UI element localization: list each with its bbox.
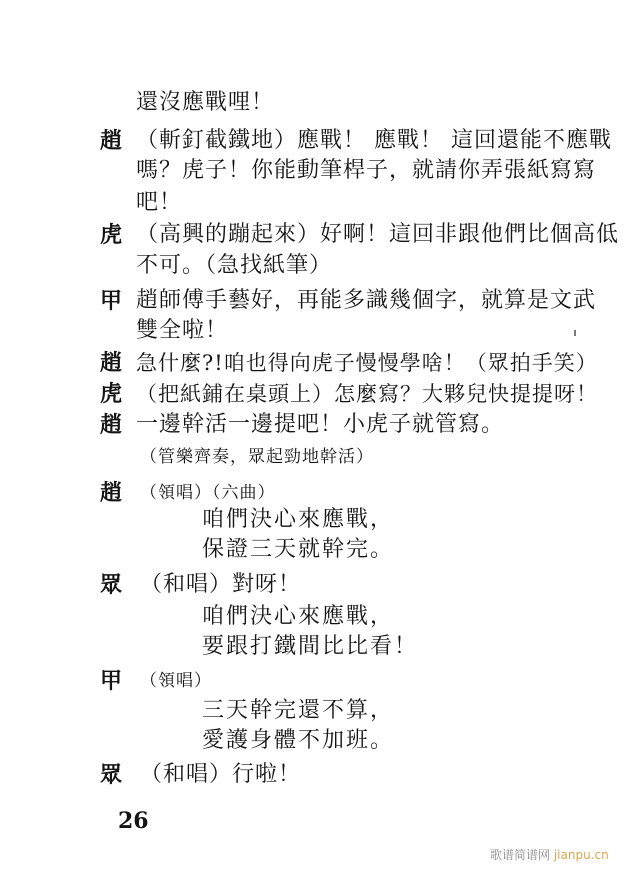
speaker-label: 虎 (100, 381, 122, 407)
watermark-cn: 歌谱简谱网 (490, 848, 550, 862)
speaker-label: 眾 (100, 572, 122, 598)
dialogue-line: 急什麼?!咱也得向虎子慢慢學啥！（眾拍手笑） (136, 350, 598, 376)
dialogue-line: 吧！ (136, 190, 182, 216)
dialogue-line: 雙全啦！ (136, 318, 228, 344)
speaker-label: 虎 (100, 222, 122, 248)
speaker-label: 趙 (100, 128, 122, 154)
stage-direction: （管樂齊奏，眾起勁地幹活） (140, 444, 374, 470)
dialogue-line: 不可。（急找紙筆） (136, 253, 332, 279)
scan-speck (574, 330, 576, 336)
dialogue-line: （把紙鋪在桌頭上）怎麼寫？大夥兒快提提呀！ (136, 381, 598, 407)
lyric-line: 保證三天就幹完。 (202, 537, 394, 563)
stage-direction: （領唱） (140, 668, 212, 694)
speaker-label: 甲 (100, 288, 122, 314)
lyric-line: 三天幹完還不算， (202, 698, 394, 724)
dialogue-line: （斬釘截鐵地）應戰！ 應戰！ 這回還能不應戰 (136, 128, 612, 154)
dialogue-line: 嗎？虎子！你能動筆桿子，就請你弄張紙寫寫 (136, 158, 596, 184)
dialogue-line: 還沒應戰哩！ (136, 90, 274, 116)
dialogue-line: 一邊幹活一邊提吧！小虎子就管寫。 (136, 412, 504, 438)
dialogue-line: 趙師傅手藝好，再能多識幾個字，就算是文武 (136, 288, 596, 314)
dialogue-line: （和唱）行啦！ (140, 762, 301, 788)
stage-direction: （領唱）（六曲） (140, 480, 276, 506)
speaker-label: 趙 (100, 480, 122, 506)
watermark: 歌谱简谱网 jianpu.cn (490, 846, 609, 863)
lyric-line: 咱們決心來應戰， (202, 604, 394, 630)
lyric-line: 要跟打鐵間比比看！ (202, 634, 418, 660)
speaker-label: 趙 (100, 350, 122, 376)
watermark-en: jianpu.cn (554, 848, 609, 862)
dialogue-line: （高興的蹦起來）好啊！這回非跟他們比個高低 (136, 222, 619, 248)
lyric-line: 愛護身體不加班。 (202, 728, 394, 754)
speaker-label: 眾 (100, 762, 122, 788)
lyric-line: 咱們決心來應戰， (202, 507, 394, 533)
speaker-label: 趙 (100, 412, 122, 438)
page-number: 26 (118, 808, 149, 834)
speaker-label: 甲 (100, 668, 122, 694)
dialogue-line: （和唱）對呀！ (140, 572, 301, 598)
